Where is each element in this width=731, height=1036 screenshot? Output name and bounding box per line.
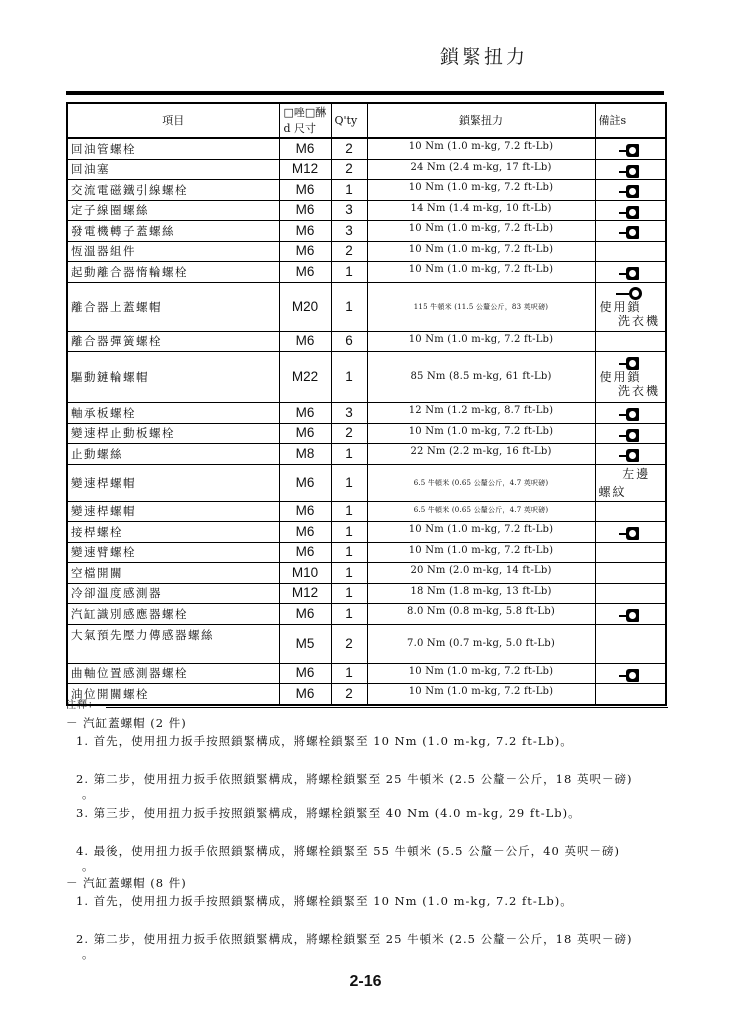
table-row: 變速桿螺帽 M6 1 6.5 牛頓米 (0.65 公釐公斤，4.7 英呎磅)	[67, 501, 666, 522]
torque-value: 18 Nm (1.8 m-kg, 13 ft-Lb)	[367, 583, 595, 604]
torque-value: 6.5 牛頓米 (0.65 公釐公斤，4.7 英呎磅)	[367, 464, 595, 501]
thread-size: M6	[279, 180, 331, 201]
quantity: 2	[331, 624, 367, 663]
thread-size: M6	[279, 423, 331, 444]
torque-value: 20 Nm (2.0 m-kg, 14 ft-Lb)	[367, 563, 595, 584]
quantity: 2	[331, 241, 367, 262]
locktite-icon	[619, 429, 641, 442]
locktite-icon	[619, 206, 641, 219]
quantity: 1	[331, 262, 367, 283]
remark-line2: 洗衣機	[599, 314, 663, 328]
table-row: 汽缸識別感應器螺栓 M6 1 8.0 Nm (0.8 m-kg, 5.8 ft-…	[67, 604, 666, 625]
thread-size: M6	[279, 501, 331, 522]
remarks-cell	[595, 563, 666, 584]
torque-value: 14 Nm (1.4 m-kg, 10 ft-Lb)	[367, 200, 595, 221]
table-row: 大氣預先壓力傳感器螺絲 M5 2 7.0 Nm (0.7 m-kg, 5.0 f…	[67, 624, 666, 663]
torque-value: 12 Nm (1.2 m-kg, 8.7 ft-Lb)	[367, 403, 595, 424]
table-row: 曲軸位置感測器螺栓 M6 1 10 Nm (1.0 m-kg, 7.2 ft-L…	[67, 663, 666, 684]
engine-oil-icon	[616, 287, 644, 300]
thread-size: M5	[279, 624, 331, 663]
table-row: 起動離合器惰輪螺栓 M6 1 10 Nm (1.0 m-kg, 7.2 ft-L…	[67, 262, 666, 283]
quantity: 1	[331, 563, 367, 584]
table-row: 離合器彈簧螺栓 M6 6 10 Nm (1.0 m-kg, 7.2 ft-Lb)	[67, 331, 666, 352]
locktite-icon	[619, 527, 641, 540]
torque-value: 10 Nm (1.0 m-kg, 7.2 ft-Lb)	[367, 542, 595, 563]
note-step: 2. 第二步，使用扭力扳手依照鎖緊構成，將螺栓鎖緊至 25 牛頓米 (2.5 公…	[66, 930, 666, 960]
item-name: 汽缸識別感應器螺栓	[67, 604, 279, 625]
thread-size: M6	[279, 262, 331, 283]
thread-size: M6	[279, 403, 331, 424]
item-name: 回油管螺栓	[67, 138, 279, 159]
table-row: 變速桿止動板螺栓 M6 2 10 Nm (1.0 m-kg, 7.2 ft-Lb…	[67, 423, 666, 444]
note-step-text: 4. 最後，使用扭力扳手依照鎖緊構成，將螺栓鎖緊至 55 牛頓米 (5.5 公釐…	[76, 844, 620, 858]
item-name: 發電機轉子蓋螺絲	[67, 221, 279, 242]
locktite-icon	[619, 609, 641, 622]
torque-value: 24 Nm (2.4 m-kg, 17 ft-Lb)	[367, 159, 595, 180]
thread-size: M6	[279, 464, 331, 501]
item-name: 離合器上蓋螺帽	[67, 282, 279, 331]
quantity: 3	[331, 403, 367, 424]
torque-value: 10 Nm (1.0 m-kg, 7.2 ft-Lb)	[367, 180, 595, 201]
thread-size: M10	[279, 563, 331, 584]
torque-value: 10 Nm (1.0 m-kg, 7.2 ft-Lb)	[367, 262, 595, 283]
header-rule	[66, 91, 664, 95]
table-row: 變速桿螺帽 M6 1 6.5 牛頓米 (0.65 公釐公斤，4.7 英呎磅) 左…	[67, 464, 666, 501]
note-group-title: － 汽缸蓋螺帽 (8 件)	[66, 874, 666, 892]
torque-value: 6.5 牛頓米 (0.65 公釐公斤，4.7 英呎磅)	[367, 501, 595, 522]
item-name: 起動離合器惰輪螺栓	[67, 262, 279, 283]
quantity: 1	[331, 663, 367, 684]
item-name: 交流電磁鐵引線螺栓	[67, 180, 279, 201]
remarks-cell: 左邊 螺紋	[595, 464, 666, 501]
item-name: 變速臂螺栓	[67, 542, 279, 563]
item-name: 曲軸位置感測器螺栓	[67, 663, 279, 684]
table-row: 軸承板螺栓 M6 3 12 Nm (1.2 m-kg, 8.7 ft-Lb)	[67, 403, 666, 424]
table-row: 回油塞 M12 2 24 Nm (2.4 m-kg, 17 ft-Lb)	[67, 159, 666, 180]
remarks-cell	[595, 583, 666, 604]
remarks-cell	[595, 262, 666, 283]
note-step-text: 1. 首先，使用扭力扳手按照鎖緊構成，將螺栓鎖緊至 10 Nm (1.0 m-k…	[76, 894, 573, 908]
header-thread-size: □唑□醂 d 尺寸	[279, 103, 331, 138]
remarks-cell	[595, 444, 666, 465]
table-row: 冷卻溫度感測器 M12 1 18 Nm (1.8 m-kg, 13 ft-Lb)	[67, 583, 666, 604]
page-title: 鎖緊扭力	[440, 42, 528, 69]
thread-size: M6	[279, 241, 331, 262]
quantity: 1	[331, 352, 367, 403]
item-name: 大氣預先壓力傳感器螺絲	[67, 624, 279, 663]
thread-size: M6	[279, 542, 331, 563]
torque-value: 10 Nm (1.0 m-kg, 7.2 ft-Lb)	[367, 663, 595, 684]
remarks-cell	[595, 663, 666, 684]
note-step: 3. 第三步，使用扭力扳手按照鎖緊構成，將螺栓鎖緊至 40 Nm (4.0 m-…	[66, 804, 666, 822]
note-step-text: 1. 首先，使用扭力扳手按照鎖緊構成，將螺栓鎖緊至 10 Nm (1.0 m-k…	[76, 734, 573, 748]
torque-table: 項目 □唑□醂 d 尺寸 Q'ty 鎖緊扭力 備註s 回油管螺栓 M6 2 10…	[66, 102, 667, 706]
remarks-cell	[595, 331, 666, 352]
note-step-text: 2. 第二步，使用扭力扳手依照鎖緊構成，將螺栓鎖緊至 25 牛頓米 (2.5 公…	[76, 932, 632, 946]
note-step: 1. 首先，使用扭力扳手按照鎖緊構成，將螺栓鎖緊至 10 Nm (1.0 m-k…	[66, 892, 666, 910]
item-name: 變速桿螺帽	[67, 501, 279, 522]
thread-size: M8	[279, 444, 331, 465]
table-row: 驅動鏈輪螺帽 M22 1 85 Nm (8.5 m-kg, 61 ft-Lb) …	[67, 352, 666, 403]
header-size-line2: d 尺寸	[284, 122, 317, 135]
quantity: 1	[331, 282, 367, 331]
table-row: 恆溫器組件 M6 2 10 Nm (1.0 m-kg, 7.2 ft-Lb)	[67, 241, 666, 262]
remarks-cell	[595, 542, 666, 563]
quantity: 1	[331, 522, 367, 543]
page-number: 2-16	[0, 973, 731, 991]
quantity: 6	[331, 331, 367, 352]
locktite-icon	[619, 144, 641, 157]
header-size-line1: □唑□醂	[284, 106, 327, 119]
table-row: 交流電磁鐵引線螺栓 M6 1 10 Nm (1.0 m-kg, 7.2 ft-L…	[67, 180, 666, 201]
thread-size: M22	[279, 352, 331, 403]
item-name: 回油塞	[67, 159, 279, 180]
quantity: 3	[331, 200, 367, 221]
locktite-icon	[619, 357, 641, 370]
torque-value: 10 Nm (1.0 m-kg, 7.2 ft-Lb)	[367, 423, 595, 444]
item-name: 變速桿螺帽	[67, 464, 279, 501]
quantity: 1	[331, 583, 367, 604]
thread-size: M6	[279, 522, 331, 543]
item-name: 接桿螺栓	[67, 522, 279, 543]
note-group: － 汽缸蓋螺帽 (2 件) 1. 首先，使用扭力扳手按照鎖緊構成，將螺栓鎖緊至 …	[66, 714, 666, 872]
remarks-cell	[595, 159, 666, 180]
item-name: 止動螺絲	[67, 444, 279, 465]
torque-value: 10 Nm (1.0 m-kg, 7.2 ft-Lb)	[367, 241, 595, 262]
remarks-cell	[595, 501, 666, 522]
item-name: 恆溫器組件	[67, 241, 279, 262]
remarks-cell	[595, 200, 666, 221]
remarks-cell	[595, 403, 666, 424]
item-name: 變速桿止動板螺栓	[67, 423, 279, 444]
quantity: 2	[331, 138, 367, 159]
table-row: 空檔開關 M10 1 20 Nm (2.0 m-kg, 14 ft-Lb)	[67, 563, 666, 584]
header-item: 項目	[67, 103, 279, 138]
thread-size: M6	[279, 221, 331, 242]
notes-label: 注釋：	[66, 700, 99, 711]
note-group-title: － 汽缸蓋螺帽 (2 件)	[66, 714, 666, 732]
item-name: 冷卻溫度感測器	[67, 583, 279, 604]
table-row: 發電機轉子蓋螺絲 M6 3 10 Nm (1.0 m-kg, 7.2 ft-Lb…	[67, 221, 666, 242]
thread-size: M6	[279, 663, 331, 684]
locktite-icon	[619, 226, 641, 239]
header-qty: Q'ty	[331, 103, 367, 138]
torque-value: 22 Nm (2.2 m-kg, 16 ft-Lb)	[367, 444, 595, 465]
quantity: 1	[331, 180, 367, 201]
quantity: 1	[331, 542, 367, 563]
remarks-cell	[595, 604, 666, 625]
remark-line1: 左邊	[599, 465, 663, 483]
note-step: 4. 最後，使用扭力扳手依照鎖緊構成，將螺栓鎖緊至 55 牛頓米 (5.5 公釐…	[66, 842, 666, 872]
thread-size: M12	[279, 583, 331, 604]
torque-value: 85 Nm (8.5 m-kg, 61 ft-Lb)	[367, 352, 595, 403]
locktite-icon	[619, 267, 641, 280]
thread-size: M6	[279, 331, 331, 352]
note-group: － 汽缸蓋螺帽 (8 件) 1. 首先，使用扭力扳手按照鎖緊構成，將螺栓鎖緊至 …	[66, 874, 666, 960]
thread-size: M20	[279, 282, 331, 331]
thread-size: M6	[279, 138, 331, 159]
remarks-cell: 使用鎖 洗衣機	[595, 352, 666, 403]
note-step-tail: 。	[76, 788, 666, 800]
quantity: 1	[331, 501, 367, 522]
notes-header: 注釋：	[66, 696, 666, 712]
thread-size: M6	[279, 200, 331, 221]
remarks-cell	[595, 180, 666, 201]
item-name: 定子線圈螺絲	[67, 200, 279, 221]
remarks-cell	[595, 624, 666, 663]
notes-section: 注釋： － 汽缸蓋螺帽 (2 件) 1. 首先，使用扭力扳手按照鎖緊構成，將螺栓…	[66, 696, 666, 960]
remarks-cell	[595, 522, 666, 543]
remarks-cell	[595, 423, 666, 444]
quantity: 1	[331, 464, 367, 501]
torque-value: 10 Nm (1.0 m-kg, 7.2 ft-Lb)	[367, 331, 595, 352]
quantity: 1	[331, 604, 367, 625]
note-step-tail: 。	[76, 860, 666, 872]
quantity: 2	[331, 423, 367, 444]
header-remarks: 備註s	[595, 103, 666, 138]
thread-size: M6	[279, 604, 331, 625]
locktite-icon	[619, 408, 641, 421]
item-name: 離合器彈簧螺栓	[67, 331, 279, 352]
quantity: 2	[331, 159, 367, 180]
locktite-icon	[619, 669, 641, 682]
table-row: 止動螺絲 M8 1 22 Nm (2.2 m-kg, 16 ft-Lb)	[67, 444, 666, 465]
locktite-icon	[619, 185, 641, 198]
item-name: 驅動鏈輪螺帽	[67, 352, 279, 403]
table-row: 離合器上蓋螺帽 M20 1 115 牛頓米 (11.5 公釐公斤，83 英呎磅)…	[67, 282, 666, 331]
table-row: 回油管螺栓 M6 2 10 Nm (1.0 m-kg, 7.2 ft-Lb)	[67, 138, 666, 159]
note-step-text: 3. 第三步，使用扭力扳手按照鎖緊構成，將螺栓鎖緊至 40 Nm (4.0 m-…	[76, 806, 581, 820]
remark-line2: 洗衣機	[599, 384, 663, 398]
header-torque: 鎖緊扭力	[367, 103, 595, 138]
thread-size: M12	[279, 159, 331, 180]
locktite-icon	[619, 449, 641, 462]
remarks-cell	[595, 138, 666, 159]
table-row: 變速臂螺栓 M6 1 10 Nm (1.0 m-kg, 7.2 ft-Lb)	[67, 542, 666, 563]
torque-value: 8.0 Nm (0.8 m-kg, 5.8 ft-Lb)	[367, 604, 595, 625]
torque-value: 10 Nm (1.0 m-kg, 7.2 ft-Lb)	[367, 138, 595, 159]
remarks-cell: 使用鎖 洗衣機	[595, 282, 666, 331]
remark-line1: 使用鎖	[599, 300, 663, 314]
remarks-cell	[595, 241, 666, 262]
table-header-row: 項目 □唑□醂 d 尺寸 Q'ty 鎖緊扭力 備註s	[67, 103, 666, 138]
torque-value: 10 Nm (1.0 m-kg, 7.2 ft-Lb)	[367, 522, 595, 543]
remark-line2: 螺紋	[599, 483, 663, 501]
locktite-icon	[619, 165, 641, 178]
remark-line1: 使用鎖	[599, 370, 663, 384]
item-name: 空檔開關	[67, 563, 279, 584]
table-row: 接桿螺栓 M6 1 10 Nm (1.0 m-kg, 7.2 ft-Lb)	[67, 522, 666, 543]
note-step-tail: 。	[76, 948, 666, 960]
torque-value: 10 Nm (1.0 m-kg, 7.2 ft-Lb)	[367, 221, 595, 242]
notes-rule	[106, 707, 668, 708]
quantity: 3	[331, 221, 367, 242]
item-name: 軸承板螺栓	[67, 403, 279, 424]
quantity: 1	[331, 444, 367, 465]
remarks-cell	[595, 221, 666, 242]
torque-value: 7.0 Nm (0.7 m-kg, 5.0 ft-Lb)	[367, 624, 595, 663]
torque-value: 115 牛頓米 (11.5 公釐公斤，83 英呎磅)	[367, 282, 595, 331]
note-step: 2. 第二步，使用扭力扳手依照鎖緊構成，將螺栓鎖緊至 25 牛頓米 (2.5 公…	[66, 770, 666, 800]
table-row: 定子線圈螺絲 M6 3 14 Nm (1.4 m-kg, 10 ft-Lb)	[67, 200, 666, 221]
note-step: 1. 首先，使用扭力扳手按照鎖緊構成，將螺栓鎖緊至 10 Nm (1.0 m-k…	[66, 732, 666, 750]
note-step-text: 2. 第二步，使用扭力扳手依照鎖緊構成，將螺栓鎖緊至 25 牛頓米 (2.5 公…	[76, 772, 632, 786]
